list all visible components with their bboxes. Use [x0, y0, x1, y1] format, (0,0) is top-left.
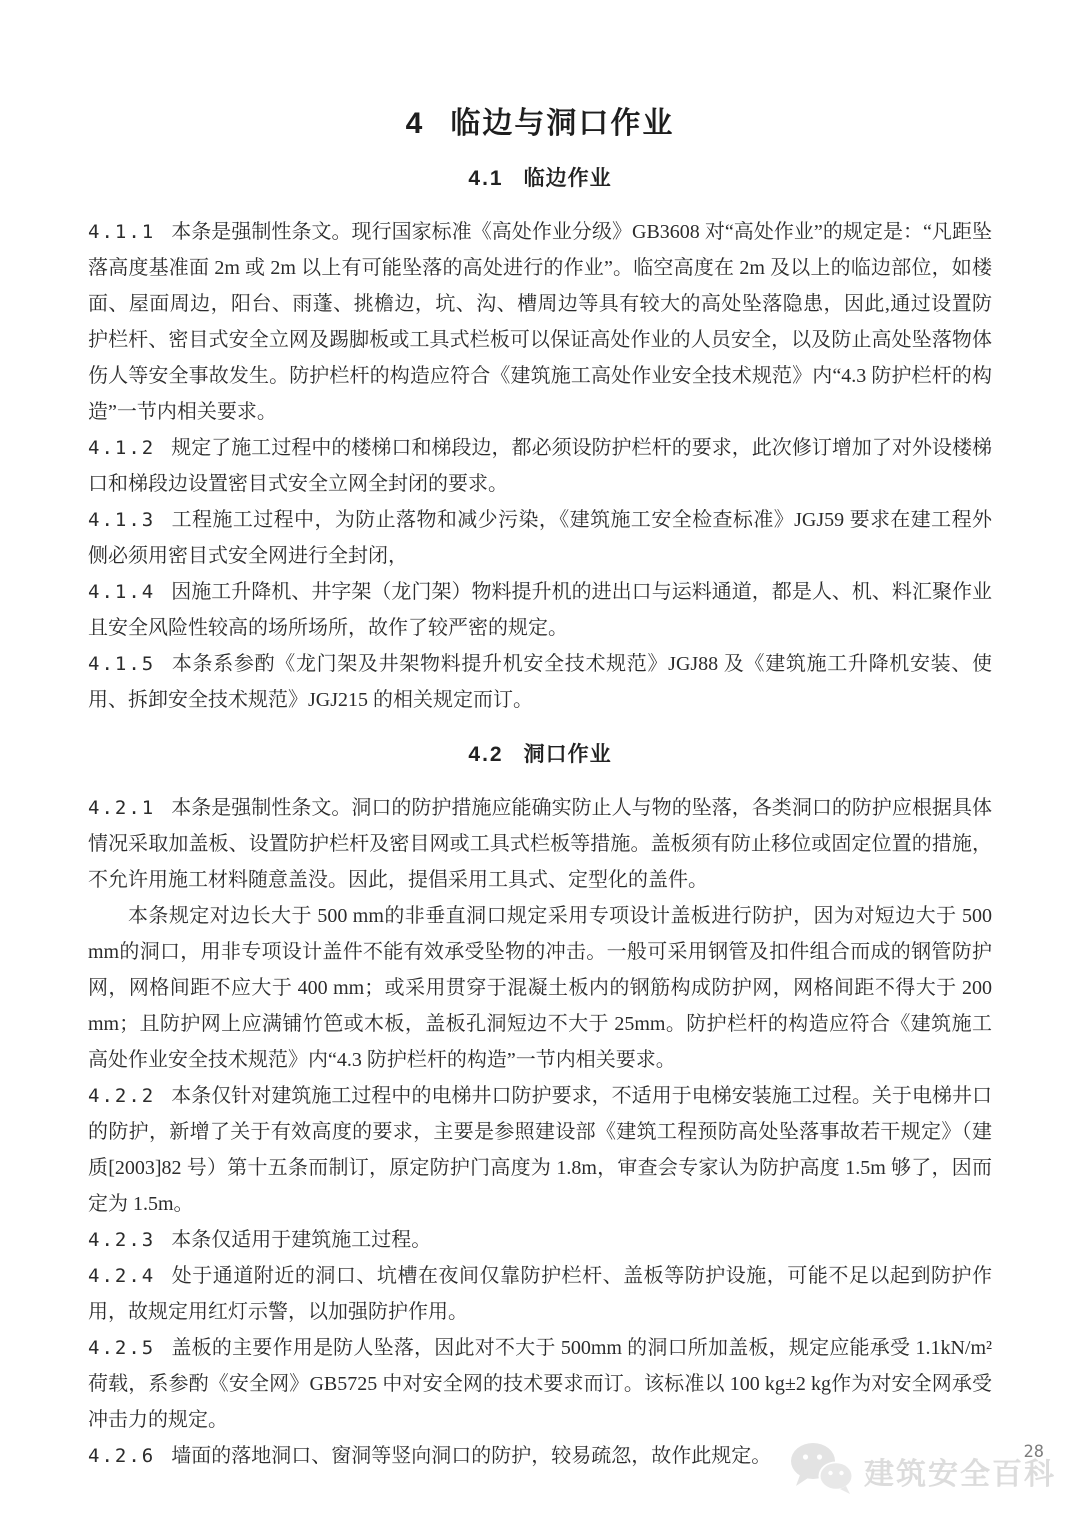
clause-4-2-1: 4.2.1本条是强制性条文。洞口的防护措施应能确实防止人与物的坠落，各类洞口的防…: [88, 790, 992, 898]
chapter-number: 4: [406, 107, 425, 140]
clause-4-1-5: 4.1.5本条系参酌《龙门架及井架物料提升机安全技术规范》JGJ88 及《建筑施…: [88, 646, 992, 718]
chapter-title: 4临边与洞口作业: [88, 0, 992, 142]
clause-number: 4.2.1: [88, 797, 155, 819]
clause-4-1-2: 4.1.2规定了施工过程中的楼梯口和梯段边，都必须设防护栏杆的要求，此次修订增加…: [88, 430, 992, 502]
clause-4-1-1: 4.1.1本条是强制性条文。现行国家标准《高处作业分级》GB3608 对“高处作…: [88, 214, 992, 430]
wechat-chat-bubbles-icon: [788, 1440, 856, 1501]
clause-text: 因施工升降机、井字架（龙门架）物料提升机的进出口与运料通道，都是人、机、料汇聚作…: [88, 581, 992, 639]
clause-4-2-2: 4.2.2本条仅针对建筑施工过程中的电梯井口防护要求，不适用于电梯安装施工过程。…: [88, 1078, 992, 1222]
clause-4-1-4: 4.1.4因施工升降机、井字架（龙门架）物料提升机的进出口与运料通道，都是人、机…: [88, 574, 992, 646]
clause-text: 本条系参酌《龙门架及井架物料提升机安全技术规范》JGJ88 及《建筑施工升降机安…: [88, 653, 992, 711]
clause-4-2-3: 4.2.3本条仅适用于建筑施工过程。: [88, 1222, 992, 1258]
clause-number: 4.2.4: [88, 1265, 155, 1287]
chapter-title-text: 临边与洞口作业: [450, 107, 674, 140]
clause-text: 本条是强制性条文。现行国家标准《高处作业分级》GB3608 对“高处作业”的规定…: [88, 221, 992, 423]
clause-text: 工程施工过程中，为防止落物和减少污染，《建筑施工安全检查标准》JGJ59 要求在…: [88, 509, 992, 567]
section-number: 4.1: [468, 167, 503, 190]
clause-number: 4.1.3: [88, 509, 155, 531]
document-body: 4临边与洞口作业 4.1临边作业 4.1.1本条是强制性条文。现行国家标准《高处…: [0, 0, 1080, 1474]
clause-4-2-4: 4.2.4处于通道附近的洞口、坑槽在夜间仅靠防护栏杆、盖板等防护设施，可能不足以…: [88, 1258, 992, 1330]
section-heading-text: 洞口作业: [524, 743, 612, 766]
clause-number: 4.1.5: [88, 653, 155, 675]
clause-4-2-1-continuation: 本条规定对边长大于 500 mm的非垂直洞口规定采用专项设计盖板进行防护，因为对…: [88, 898, 992, 1078]
clause-text: 规定了施工过程中的楼梯口和梯段边，都必须设防护栏杆的要求，此次修订增加了对外设楼…: [88, 437, 992, 495]
clause-4-1-3: 4.1.3工程施工过程中，为防止落物和减少污染，《建筑施工安全检查标准》JGJ5…: [88, 502, 992, 574]
clause-number: 4.2.3: [88, 1229, 155, 1251]
section-heading-text: 临边作业: [524, 167, 612, 190]
clause-text: 本条仅针对建筑施工过程中的电梯井口防护要求，不适用于电梯安装施工过程。关于电梯井…: [88, 1085, 992, 1215]
watermark: 建筑安全百科: [788, 1440, 1056, 1501]
clause-number: 4.1.4: [88, 581, 155, 603]
document-page: { "page": { "title_num": "4", "title_tex…: [0, 0, 1080, 1527]
page-number: 28: [1024, 1442, 1044, 1462]
clause-text: 盖板的主要作用是防人坠落，因此对不大于 500mm 的洞口所加盖板，规定应能承受…: [88, 1337, 992, 1431]
section-heading-4-1: 4.1临边作业: [88, 162, 992, 192]
clause-4-2-5: 4.2.5盖板的主要作用是防人坠落，因此对不大于 500mm 的洞口所加盖板，规…: [88, 1330, 992, 1438]
clause-number: 4.1.1: [88, 221, 155, 243]
clause-text: 处于通道附近的洞口、坑槽在夜间仅靠防护栏杆、盖板等防护设施，可能不足以起到防护作…: [88, 1265, 992, 1323]
clause-text: 本条仅适用于建筑施工过程。: [171, 1229, 431, 1251]
section-heading-4-2: 4.2洞口作业: [88, 738, 992, 768]
clause-number: 4.1.2: [88, 437, 155, 459]
clause-number: 4.2.5: [88, 1337, 155, 1359]
clause-text: 本条是强制性条文。洞口的防护措施应能确实防止人与物的坠落，各类洞口的防护应根据具…: [88, 797, 992, 891]
clause-number: 4.2.2: [88, 1085, 155, 1107]
clause-text: 本条规定对边长大于 500 mm的非垂直洞口规定采用专项设计盖板进行防护，因为对…: [88, 905, 992, 1071]
clause-text: 墙面的落地洞口、窗洞等竖向洞口的防护，较易疏忽，故作此规定。: [171, 1445, 771, 1467]
clause-number: 4.2.6: [88, 1445, 155, 1467]
section-number: 4.2: [468, 743, 503, 766]
